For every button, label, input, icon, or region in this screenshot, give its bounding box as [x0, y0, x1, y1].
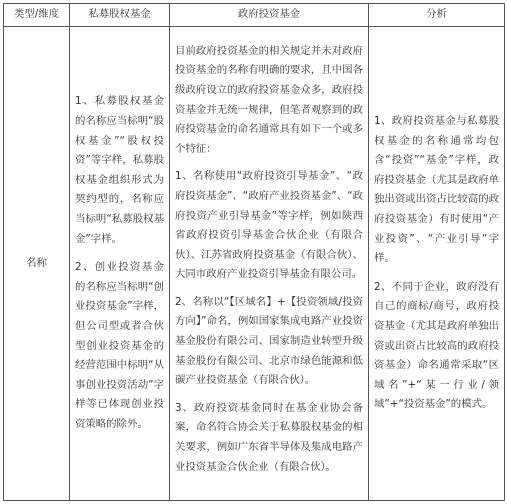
header-analysis: 分析 [369, 4, 505, 27]
government-para: 3、政府投资基金同时在基金业协会备案，命名符合协会关于私募股权基金的相关要求，例… [175, 399, 363, 477]
private-equity-para: 2、创业投资基金的名称应当标明“创业投资基金”字样，但公司型或者合伙型创业投资基… [75, 258, 164, 434]
government-para: 1、名称使用“政府投资引导基金”、“政府投资基金”、“政府产业投资基金”、“政府… [175, 167, 363, 285]
government-para: 目前政府投资基金的相关规定并未对政府投资基金的名称有明确的要求，且中国各级政府设… [175, 42, 363, 160]
private-equity-cell: 1、私募股权基金的名称应当标明“股权基金”“股权投资”等字样，私募股权基金组织形… [70, 27, 170, 501]
table-row: 名称 1、私募股权基金的名称应当标明“股权基金”“股权投资”等字样，私募股权基金… [4, 27, 505, 501]
government-para: 2、名称以“【区域名】+【投资领域/投资方向】”命名，例如国家集成电路产业投资基… [175, 293, 363, 391]
private-equity-para: 1、私募股权基金的名称应当标明“股权基金”“股权投资”等字样，私募股权基金组织形… [75, 92, 164, 249]
government-cell: 目前政府投资基金的相关规定并未对政府投资基金的名称有明确的要求，且中国各级政府设… [170, 27, 369, 501]
analysis-para: 1、政府投资基金与私募股权基金的名称通常均包含“投资”“基金”字样，政府投资基金… [374, 112, 499, 269]
header-private-equity: 私募股权基金 [70, 4, 170, 27]
header-dimension: 类型/维度 [4, 4, 70, 27]
header-row: 类型/维度 私募股权基金 政府投资基金 分析 [4, 4, 505, 27]
comparison-table: 类型/维度 私募股权基金 政府投资基金 分析 名称 1、私募股权基金的名称应当标… [3, 3, 505, 501]
analysis-para: 2、不同于企业，政府没有自己的商标/商号，政府投资基金（尤其是政府单独出资或出资… [374, 278, 499, 415]
dimension-cell: 名称 [4, 27, 70, 501]
analysis-cell: 1、政府投资基金与私募股权基金的名称通常均包含“投资”“基金”字样，政府投资基金… [369, 27, 505, 501]
header-government: 政府投资基金 [170, 4, 369, 27]
